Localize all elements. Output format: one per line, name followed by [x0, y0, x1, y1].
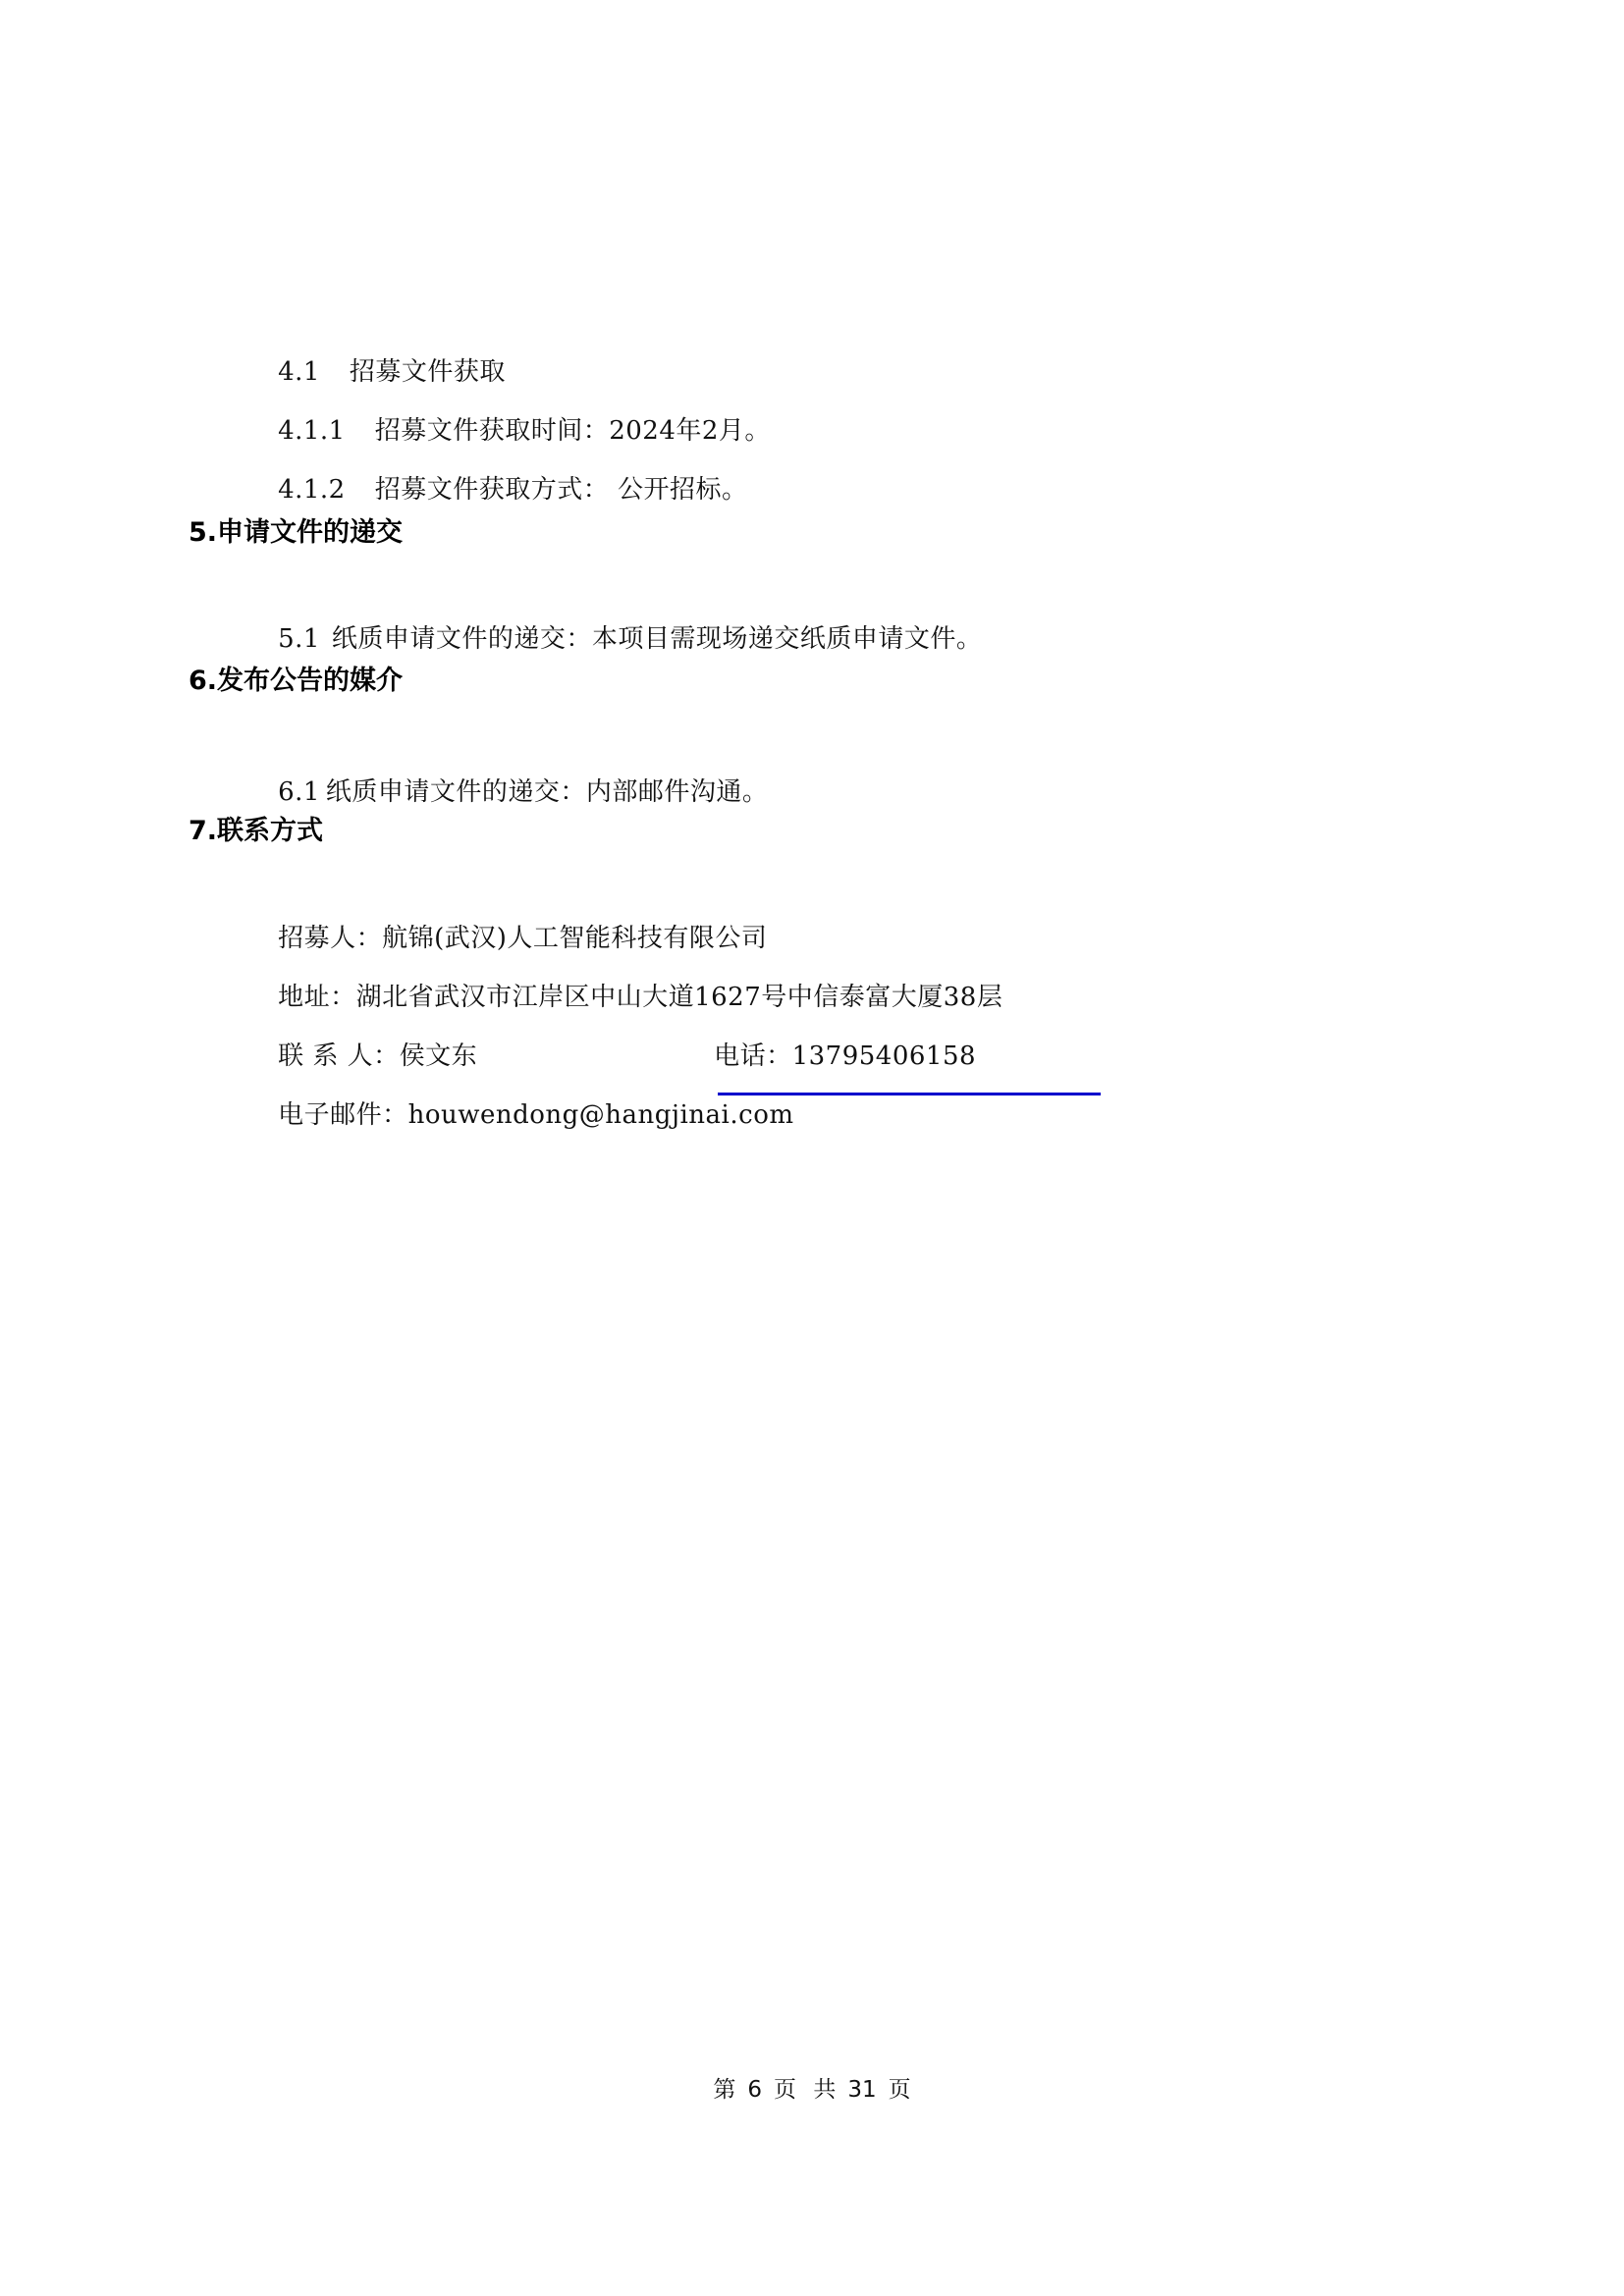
section-6-heading: 6.发布公告的媒介	[189, 665, 403, 698]
section-5-heading: 5.申请文件的递交	[189, 516, 403, 550]
section-7-heading: 7.联系方式	[189, 815, 323, 848]
page-footer: 第6页 共31页	[0, 2075, 1624, 2105]
subsection-number: 4.1.2	[278, 473, 346, 507]
email-line: 电子邮件：houwendong@hangjinai.com	[244, 1065, 794, 1165]
subsection-text: 纸质申请文件的递交：内部邮件沟通。	[326, 777, 769, 807]
email-link[interactable]: houwendong@hangjinai.com	[408, 1100, 794, 1130]
email-link-underline	[718, 1093, 1101, 1095]
footer-prefix: 第	[713, 2077, 735, 2103]
footer-current-page: 6	[747, 2077, 762, 2103]
email-label: 电子邮件：	[278, 1100, 408, 1130]
subsection-text: 招募文件获取方式： 公开招标。	[375, 475, 748, 505]
footer-middle: 页 共	[774, 2077, 836, 2103]
phone-value: 13795406158	[792, 1041, 976, 1071]
document-page: 4.1招募文件获取 4.1.1招募文件获取时间：2024年2月。 4.1.2招募…	[0, 0, 1624, 2296]
subsection-text: 纸质申请文件的递交：本项目需现场递交纸质申请文件。	[332, 624, 983, 654]
footer-suffix: 页	[889, 2077, 911, 2103]
subsection-number: 5.1	[278, 622, 320, 656]
footer-total-pages: 31	[847, 2077, 876, 2103]
subsection-number: 6.1	[278, 775, 320, 809]
